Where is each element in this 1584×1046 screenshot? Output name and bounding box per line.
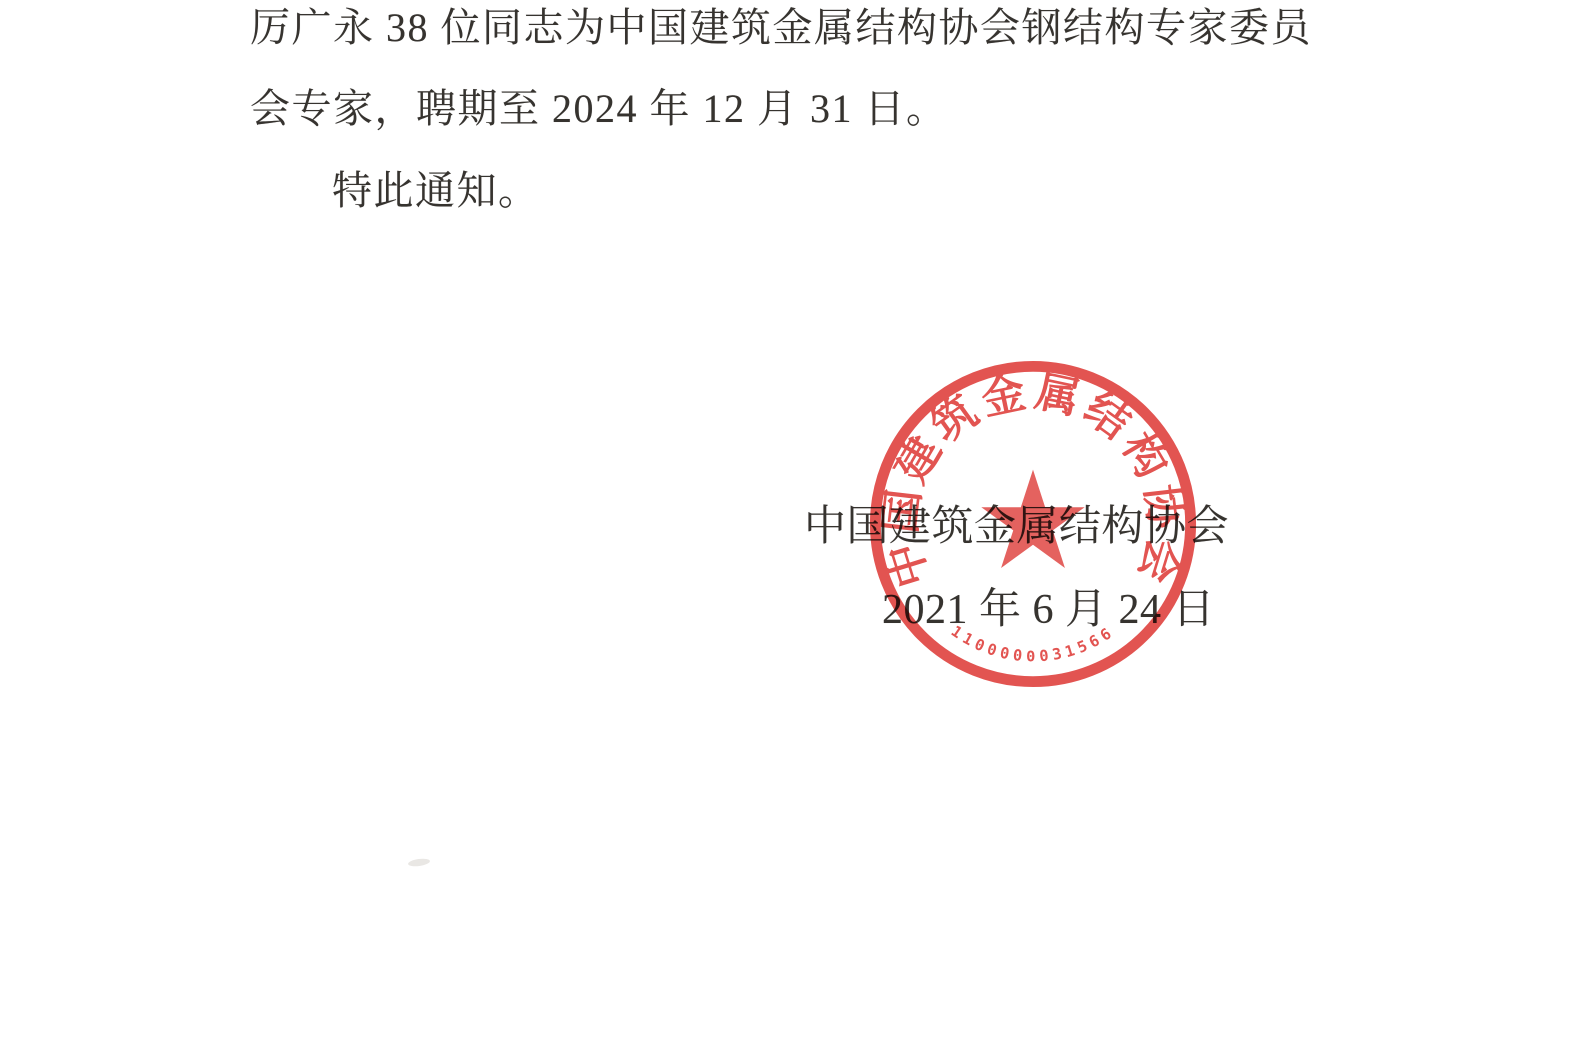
document-page: 厉广永 38 位同志为中国建筑金属结构协会钢结构专家委员 会专家，聘期至 202… bbox=[0, 0, 1584, 1046]
official-seal: 中国建筑金属结构协会 1100000031566 bbox=[865, 356, 1201, 692]
seal-star-icon bbox=[981, 470, 1084, 568]
scan-smudge bbox=[408, 858, 431, 868]
body-line-1: 厉广永 38 位同志为中国建筑金属结构协会钢结构专家委员 bbox=[250, 5, 1312, 51]
body-line-3: 特此通知。 bbox=[332, 168, 540, 214]
body-line-2: 会专家，聘期至 2024 年 12 月 31 日。 bbox=[250, 86, 948, 132]
seal-code: 1100000031566 bbox=[948, 622, 1119, 665]
svg-text:1100000031566: 1100000031566 bbox=[948, 622, 1119, 665]
